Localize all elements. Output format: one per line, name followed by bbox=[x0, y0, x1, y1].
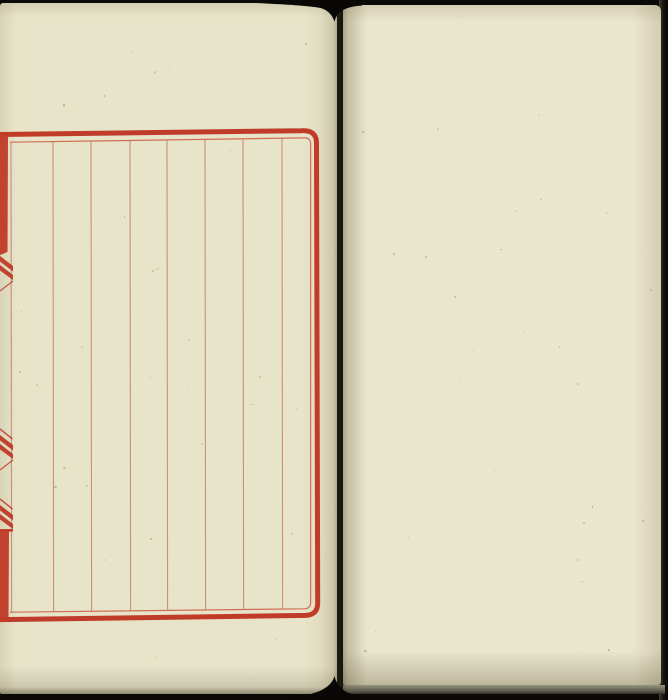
column-line-5 bbox=[167, 140, 168, 610]
frame-inner-line bbox=[10, 138, 311, 612]
column-line-8 bbox=[282, 138, 283, 609]
frame-outer-border bbox=[0, 131, 318, 620]
column-line-2 bbox=[53, 142, 54, 612]
bottom-page-stack-edge bbox=[343, 685, 665, 694]
spine-band-bottom-tick bbox=[0, 530, 13, 532]
column-line-6 bbox=[205, 139, 206, 610]
spine-band-top bbox=[0, 137, 8, 255]
red-ruled-frame bbox=[0, 3, 337, 694]
column-line-7 bbox=[243, 139, 244, 610]
book-scan bbox=[0, 0, 668, 700]
left-page bbox=[0, 3, 337, 694]
right-page bbox=[343, 5, 661, 685]
column-line-4 bbox=[130, 141, 131, 611]
column-line-1 bbox=[11, 142, 12, 612]
column-line-3 bbox=[91, 141, 92, 611]
spine-band-bottom bbox=[0, 531, 9, 621]
